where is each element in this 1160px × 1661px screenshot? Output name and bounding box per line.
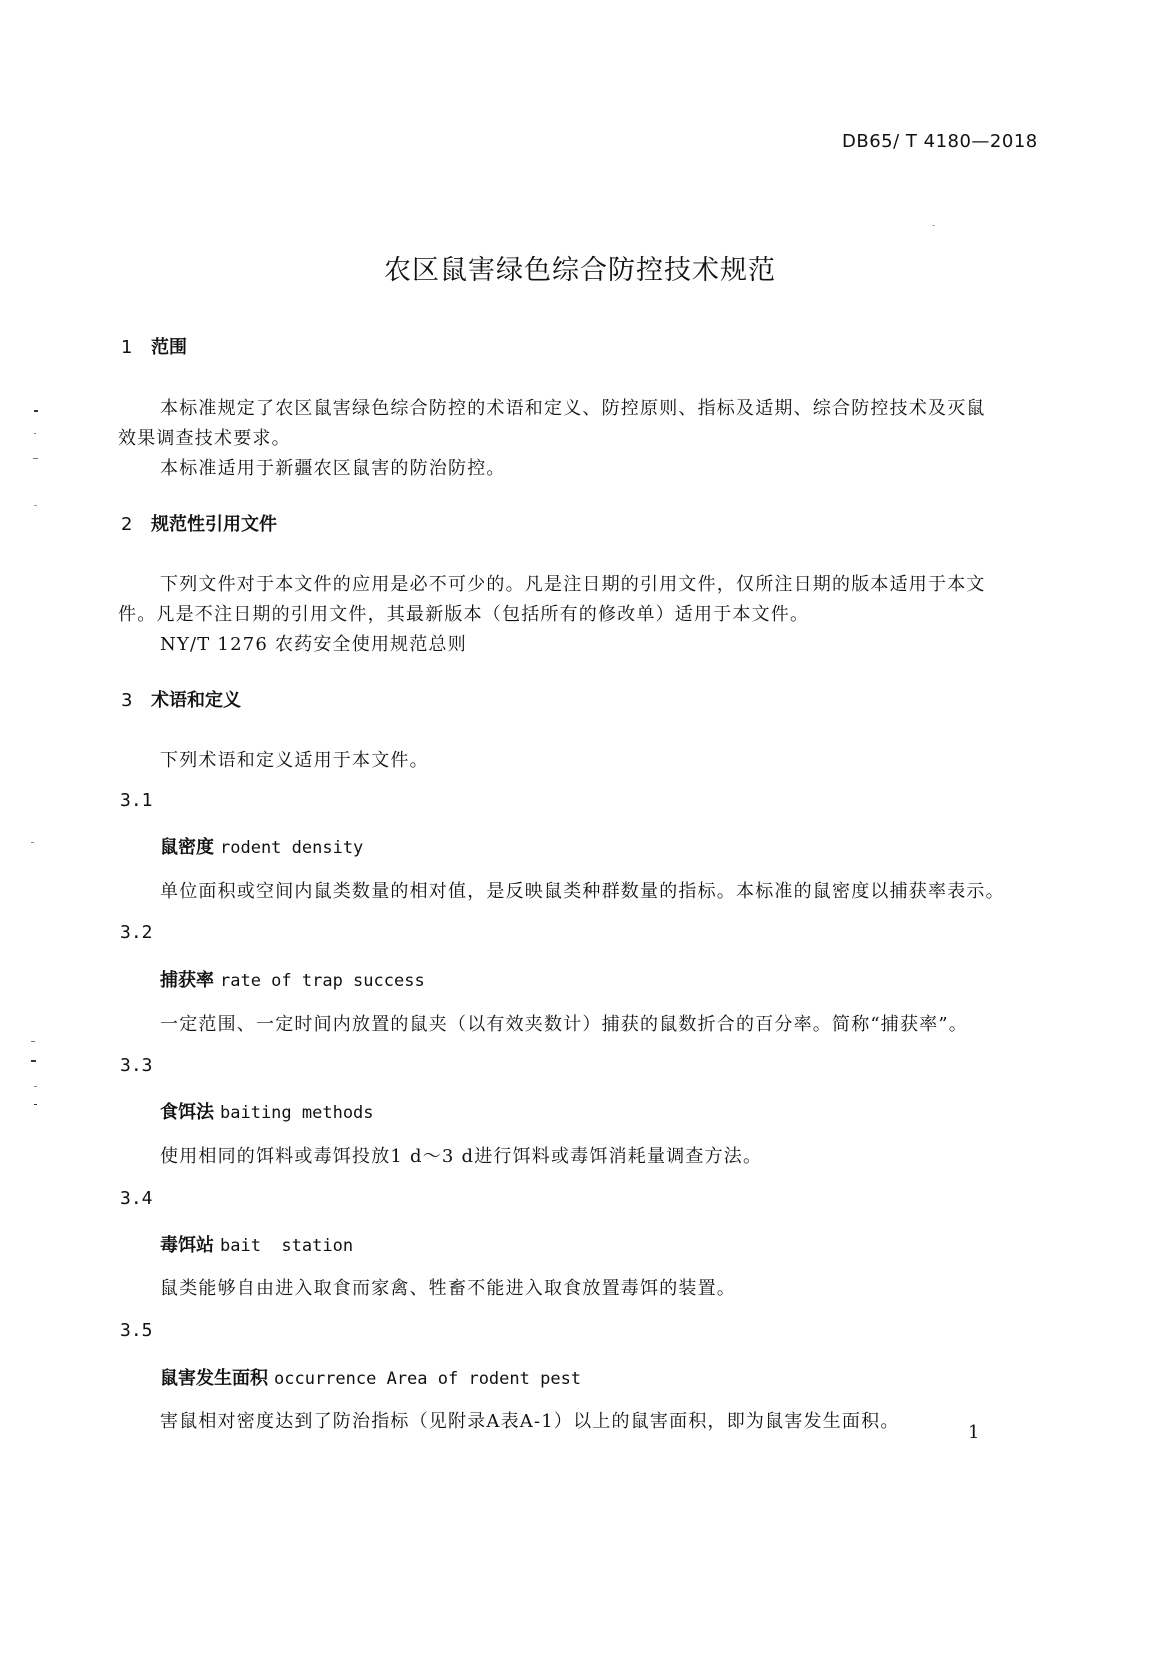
- scan-artifact-mark: [34, 410, 38, 412]
- section-number: 1: [121, 337, 151, 358]
- term-entry: 食饵法baiting methods: [160, 1098, 374, 1124]
- clause-number: 3.3: [120, 1055, 153, 1076]
- scan-artifact-mark: [34, 1104, 37, 1105]
- term-zh: 鼠害发生面积: [160, 1368, 268, 1389]
- term-en: baiting methods: [220, 1103, 374, 1123]
- term-zh: 毒饵站: [160, 1235, 214, 1256]
- term-definition: 使用相同的饵料或毒饵投放1 d～3 d进行饵料或毒饵消耗量调查方法。: [160, 1142, 762, 1168]
- term-en: rodent density: [220, 838, 363, 858]
- section-title: 范围: [151, 337, 187, 358]
- scan-artifact-mark: [31, 842, 34, 843]
- scan-artifact-dot: [932, 225, 935, 226]
- section-1-heading: 1范围: [121, 333, 187, 359]
- scan-artifact-mark: [34, 505, 37, 506]
- term-definition: 一定范围、一定时间内放置的鼠夹（以有效夹数计）捕获的鼠数折合的百分率。简称“捕获…: [160, 1010, 968, 1036]
- term-zh: 食饵法: [160, 1102, 214, 1123]
- term-entry: 毒饵站bait station: [160, 1231, 353, 1257]
- clause-number: 3.2: [120, 922, 153, 943]
- scan-artifact-mark: [31, 1060, 36, 1062]
- term-definition: 单位面积或空间内鼠类数量的相对值，是反映鼠类种群数量的指标。本标准的鼠密度以捕获…: [160, 877, 1005, 903]
- term-definition: 害鼠相对密度达到了防治指标（见附录A表A-1）以上的鼠害面积，即为鼠害发生面积。: [160, 1407, 900, 1433]
- page-number: 1: [968, 1422, 979, 1443]
- term-entry: 鼠密度rodent density: [160, 833, 363, 859]
- scan-artifact-mark: [34, 1086, 37, 1087]
- section-title: 规范性引用文件: [151, 514, 277, 535]
- section-2-paragraph-cont: 件。凡是不注日期的引用文件，其最新版本（包括所有的修改单）适用于本文件。: [118, 600, 809, 626]
- term-zh: 捕获率: [160, 970, 214, 991]
- section-title: 术语和定义: [151, 690, 241, 711]
- document-title: 农区鼠害绿色综合防控技术规范: [0, 248, 1160, 287]
- term-entry: 捕获率rate of trap success: [160, 966, 425, 992]
- section-1-paragraph-cont: 效果调查技术要求。: [118, 424, 291, 450]
- scan-artifact-mark: [31, 1041, 35, 1042]
- section-number: 3: [121, 690, 151, 711]
- section-2-heading: 2规范性引用文件: [121, 510, 277, 536]
- term-en: rate of trap success: [220, 971, 425, 991]
- term-en: bait station: [220, 1236, 353, 1256]
- section-1-paragraph: 本标准适用于新疆农区鼠害的防治防控。: [160, 454, 506, 480]
- section-3-heading: 3术语和定义: [121, 686, 241, 712]
- scan-artifact-mark: [33, 458, 38, 459]
- clause-number: 3.1: [120, 790, 153, 811]
- clause-number: 3.4: [120, 1188, 153, 1209]
- term-zh: 鼠密度: [160, 837, 214, 858]
- section-number: 2: [121, 514, 151, 535]
- section-3-intro: 下列术语和定义适用于本文件。: [160, 746, 429, 772]
- scan-artifact-mark: [34, 433, 36, 434]
- term-entry: 鼠害发生面积occurrence Area of rodent pest: [160, 1364, 581, 1390]
- normative-reference: NY/T 1276 农药安全使用规范总则: [160, 630, 467, 656]
- clause-number: 3.5: [120, 1320, 153, 1341]
- term-definition: 鼠类能够自由进入取食而家禽、牲畜不能进入取食放置毒饵的装置。: [160, 1274, 736, 1300]
- term-en: occurrence Area of rodent pest: [274, 1369, 581, 1389]
- section-1-paragraph: 本标准规定了农区鼠害绿色综合防控的术语和定义、防控原则、指标及适期、综合防控技术…: [160, 394, 986, 420]
- section-2-paragraph: 下列文件对于本文件的应用是必不可少的。凡是注日期的引用文件，仅所注日期的版本适用…: [160, 570, 986, 596]
- standard-code: DB65/ T 4180—2018: [842, 131, 1038, 152]
